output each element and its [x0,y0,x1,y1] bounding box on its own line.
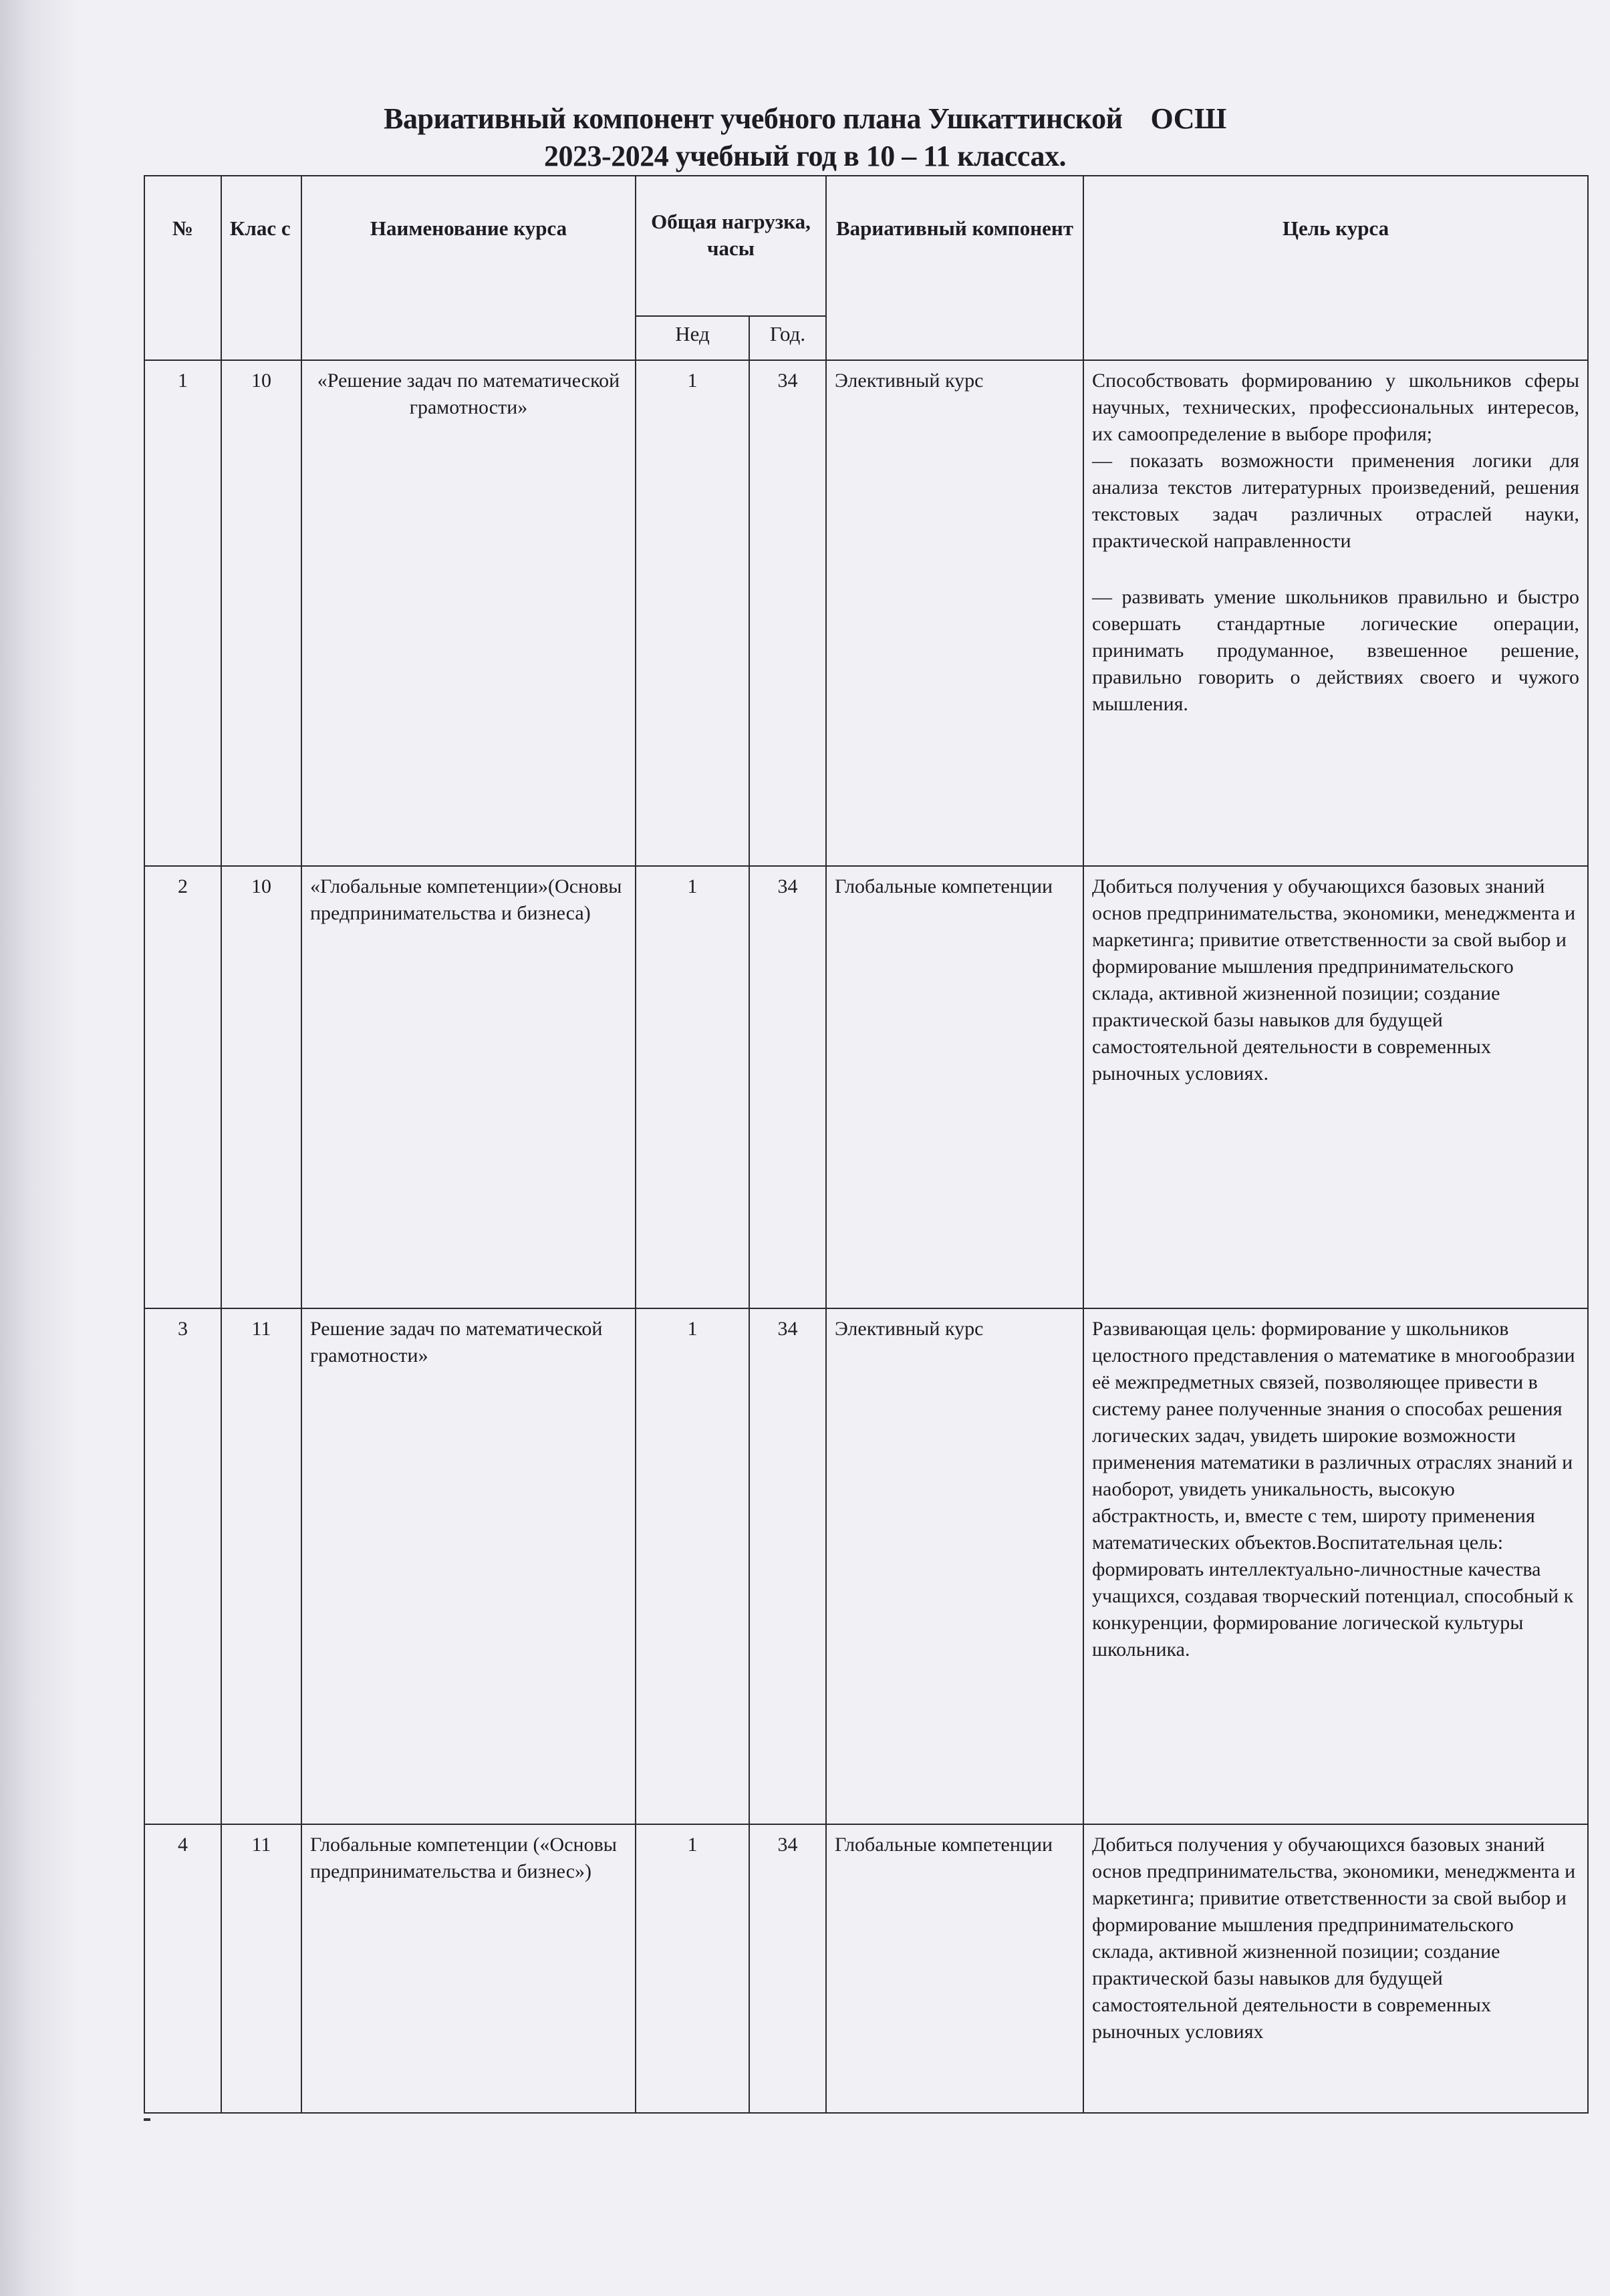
row-goal: Способствовать формированию у школьников… [1083,360,1588,866]
header-num: № [144,176,221,360]
row-grade: 11 [221,1824,301,2113]
row-week-hours: 1 [636,1824,749,2113]
row-week-hours: 1 [636,1308,749,1824]
row-component: Глобальные компетенции [826,866,1083,1308]
row-course-name: «Решение задач по математической грамотн… [301,360,636,866]
goal-part: — показать возможности применения логики… [1092,450,1579,552]
row-num: 3 [144,1308,221,1824]
row-num: 4 [144,1824,221,2113]
row-course-name: Решение задач по математической грамотно… [301,1308,636,1824]
row-course-name: Глобальные компетенции («Основы предприн… [301,1824,636,2113]
row-component: Элективный курс [826,1308,1083,1824]
goal-part: — развивать умение школьников правильно … [1092,586,1579,715]
document-title: Вариативный компонент учебного плана Ушк… [0,100,1610,175]
header-row: № Клас с Наименование курса Общая нагруз… [144,176,1588,316]
row-grade: 11 [221,1308,301,1824]
row-grade: 10 [221,360,301,866]
header-course-name: Наименование курса [301,176,636,360]
header-load-week: Нед [636,316,749,360]
row-year-hours: 34 [749,1308,826,1824]
row-goal: Развивающая цель: формирование у школьни… [1083,1308,1588,1824]
stray-mark [144,2118,150,2121]
table-row: 4 11 Глобальные компетенции («Основы пре… [144,1824,1588,2113]
scan-edge-shadow [0,0,80,2296]
row-week-hours: 1 [636,360,749,866]
header-component: Вариативный компонент [826,176,1083,360]
header-grade: Клас с [221,176,301,360]
table-row: 3 11 Решение задач по математической гра… [144,1308,1588,1824]
row-num: 2 [144,866,221,1308]
header-load: Общая нагрузка, часы [636,176,826,316]
header-load-year: Год. [749,316,826,360]
title-line-2: 2023-2024 учебный год в 10 – 11 классах. [0,138,1610,175]
table-row: 2 10 «Глобальные компетенции»(Основы пре… [144,866,1588,1308]
row-grade: 10 [221,866,301,1308]
curriculum-table: № Клас с Наименование курса Общая нагруз… [144,175,1589,2114]
table-row: 1 10 «Решение задач по математической гр… [144,360,1588,866]
goal-part: Способствовать формированию у школьников… [1092,370,1579,445]
row-goal: Добиться получения у обучающихся базовых… [1083,1824,1588,2113]
row-component: Элективный курс [826,360,1083,866]
row-num: 1 [144,360,221,866]
row-year-hours: 34 [749,1824,826,2113]
row-goal: Добиться получения у обучающихся базовых… [1083,866,1588,1308]
row-course-name: «Глобальные компетенции»(Основы предприн… [301,866,636,1308]
row-year-hours: 34 [749,360,826,866]
row-week-hours: 1 [636,866,749,1308]
header-goal: Цель курса [1083,176,1588,360]
title-line-1: Вариативный компонент учебного плана Ушк… [0,100,1610,138]
row-component: Глобальные компетенции [826,1824,1083,2113]
row-year-hours: 34 [749,866,826,1308]
